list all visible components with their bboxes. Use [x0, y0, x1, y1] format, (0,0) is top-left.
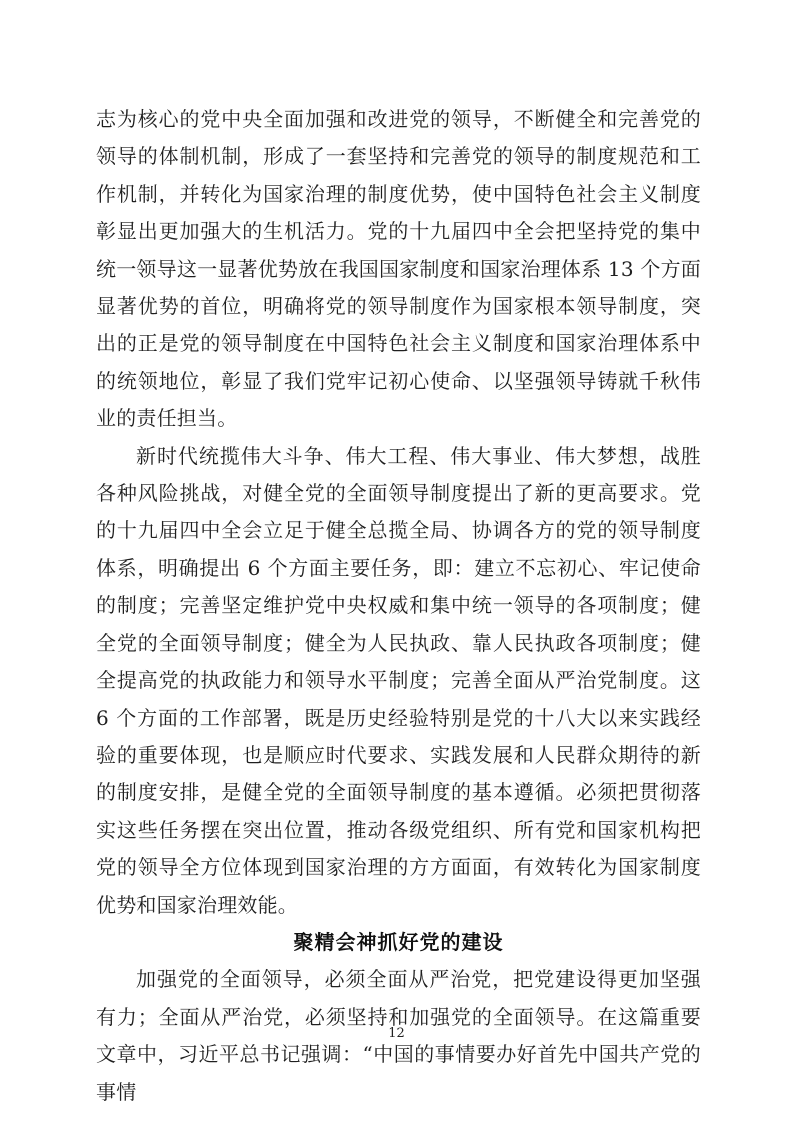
page-content: 志为核心的党中央全面加强和改进党的领导，不断健全和完善党的领导的体制机制，形成了… — [96, 101, 701, 1111]
body-paragraph: 新时代统揽伟大斗争、伟大工程、伟大事业、伟大梦想，战胜各种风险挑战，对健全党的全… — [96, 438, 701, 924]
page-footer: 12 — [0, 1022, 793, 1041]
page-number: 12 — [388, 1026, 405, 1041]
section-heading: 聚精会神抓好党的建设 — [96, 924, 701, 961]
document-page: 志为核心的党中央全面加强和改进党的领导，不断健全和完善党的领导的体制机制，形成了… — [0, 0, 793, 1122]
body-paragraph-continued: 志为核心的党中央全面加强和改进党的领导，不断健全和完善党的领导的体制机制，形成了… — [96, 101, 701, 438]
